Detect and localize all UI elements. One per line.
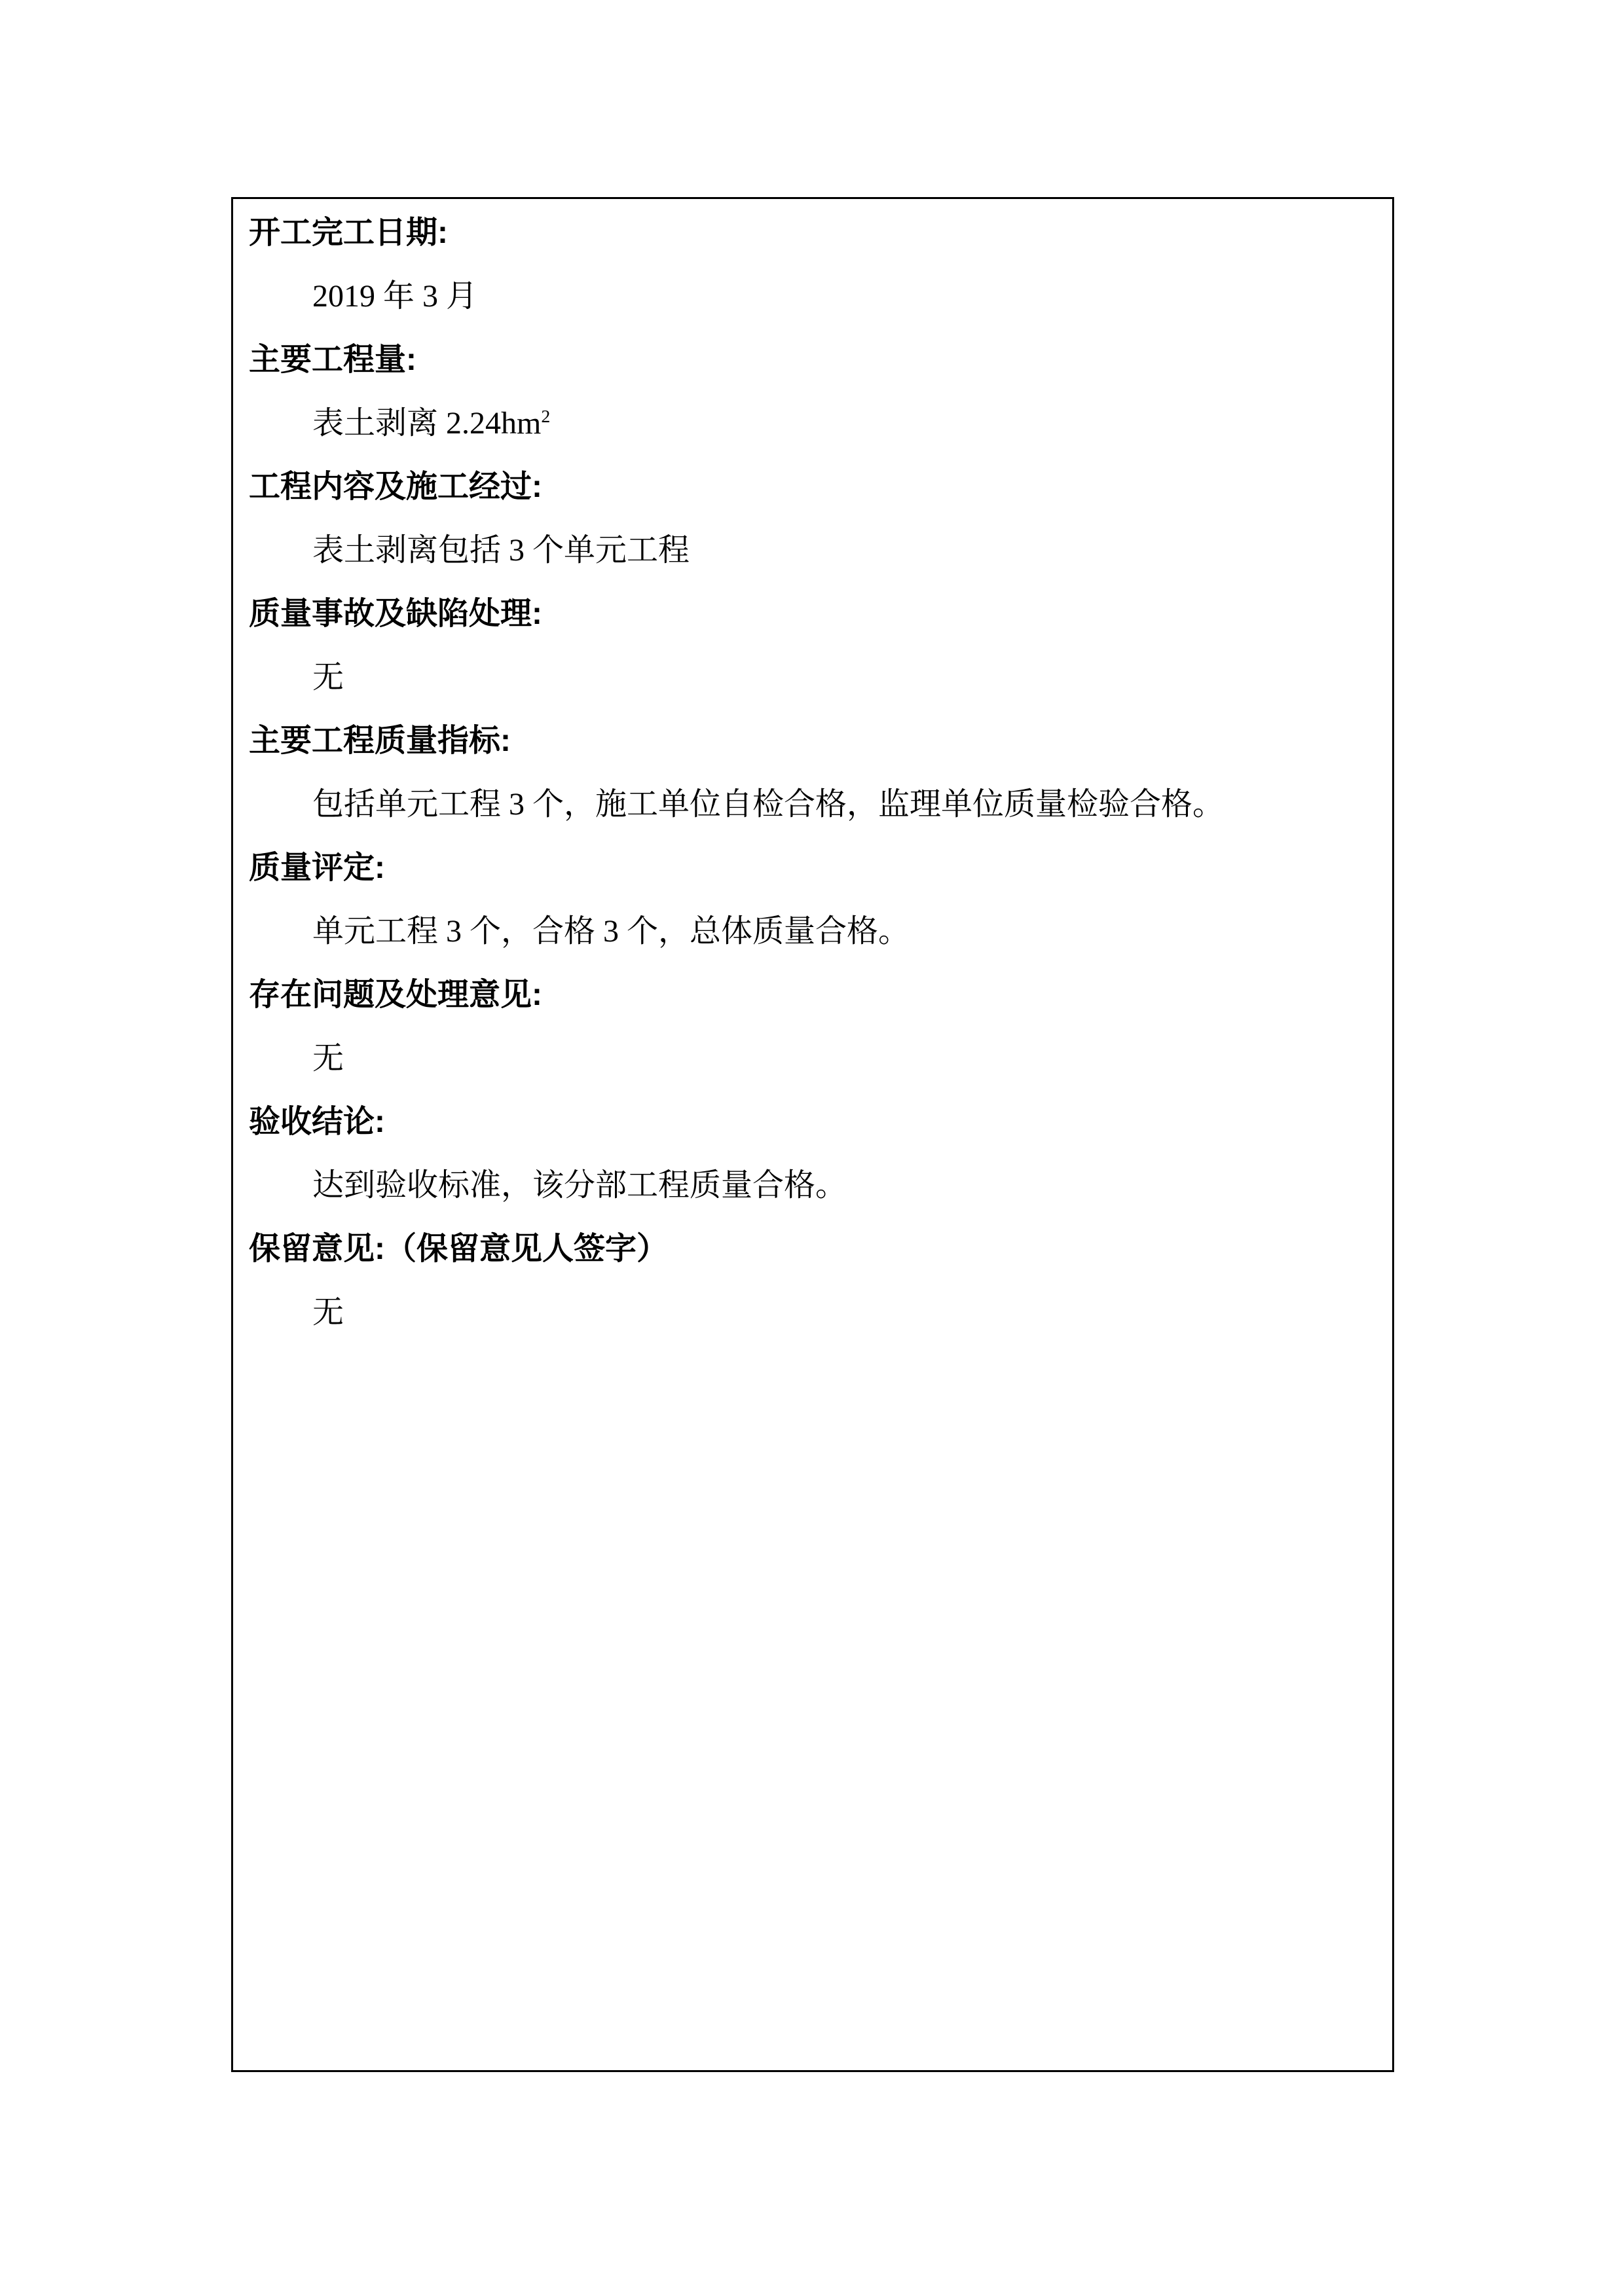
heading-text: 验收结论:: [249, 1104, 385, 1139]
heading-text: 质量评定:: [249, 850, 385, 885]
value-text: 无: [312, 1041, 344, 1076]
heading-start-completion-date: 开工完工日期:: [233, 201, 1392, 264]
heading-text: 主要工程量:: [249, 342, 416, 377]
heading-text: 存在问题及处理意见:: [249, 977, 542, 1012]
value-text: 无: [312, 1295, 344, 1330]
value-main-quality-indicators: 包括单元工程 3 个，施工单位自检合格，监理单位质量检验合格。: [233, 773, 1392, 836]
value-text: 无: [312, 660, 344, 695]
heading-text: 保留意见:（保留意见人签字）: [249, 1231, 668, 1266]
heading-text: 质量事故及缺陷处理:: [249, 596, 542, 631]
heading-reservations-signature: 保留意见:（保留意见人签字）: [233, 1217, 1392, 1281]
value-reservations: 无: [233, 1281, 1392, 1344]
document-page: 开工完工日期: 2019 年 3 月 主要工程量: 表土剥离 2.24hm2 工…: [0, 0, 1624, 2296]
superscript-exponent: 2: [541, 407, 550, 427]
heading-existing-problems-opinions: 存在问题及处理意见:: [233, 963, 1392, 1027]
heading-work-content-and-process: 工程内容及施工经过:: [233, 455, 1392, 519]
value-start-completion-date: 2019 年 3 月: [233, 264, 1392, 328]
value-acceptance-conclusion: 达到验收标准，该分部工程质量合格。: [233, 1154, 1392, 1217]
value-main-quantities: 表土剥离 2.24hm2: [233, 392, 1392, 455]
value-text: 单元工程 3 个，合格 3 个，总体质量合格。: [312, 914, 910, 949]
value-text: 表土剥离包括 3 个单元工程: [312, 533, 690, 568]
heading-quality-assessment: 质量评定:: [233, 836, 1392, 900]
acceptance-form-box: 开工完工日期: 2019 年 3 月 主要工程量: 表土剥离 2.24hm2 工…: [231, 197, 1394, 2072]
heading-main-quality-indicators: 主要工程质量指标:: [233, 709, 1392, 773]
heading-acceptance-conclusion: 验收结论:: [233, 1090, 1392, 1154]
value-work-content-and-process: 表土剥离包括 3 个单元工程: [233, 519, 1392, 582]
heading-text: 主要工程质量指标:: [249, 723, 511, 758]
value-quality-accidents-defects: 无: [233, 646, 1392, 709]
value-text: 包括单元工程 3 个，施工单位自检合格，监理单位质量检验合格。: [312, 787, 1224, 822]
value-text: 2019 年 3 月: [312, 279, 477, 314]
value-existing-problems-opinions: 无: [233, 1027, 1392, 1090]
heading-quality-accidents-defects: 质量事故及缺陷处理:: [233, 582, 1392, 646]
heading-text: 工程内容及施工经过:: [249, 469, 542, 504]
heading-text: 开工完工日期:: [249, 215, 448, 250]
value-text: 达到验收标准，该分部工程质量合格。: [312, 1168, 847, 1203]
value-quality-assessment: 单元工程 3 个，合格 3 个，总体质量合格。: [233, 900, 1392, 963]
value-text: 表土剥离 2.24hm: [312, 406, 541, 441]
heading-main-quantities: 主要工程量:: [233, 328, 1392, 392]
